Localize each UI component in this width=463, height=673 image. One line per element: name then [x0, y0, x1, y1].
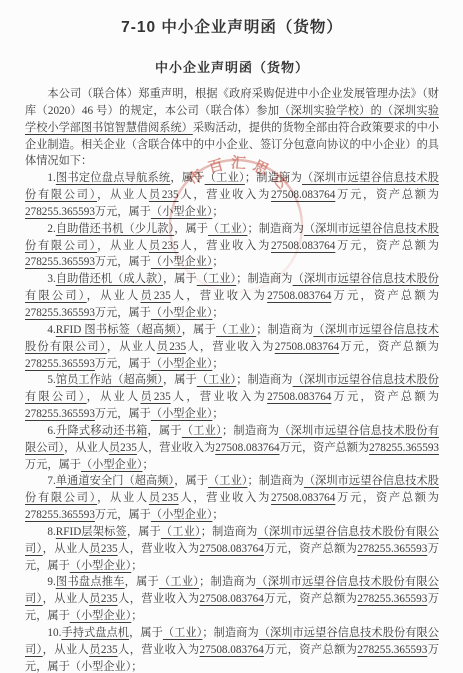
- declaration-item-8: 8.RFID层架标签，属于（工业）；制造商为（深圳市远望谷信息技术股份有限公司）…: [25, 524, 439, 575]
- item-enterprise-size: （小型企业）: [151, 206, 213, 218]
- intro-paragraph: 本公司（联合体）郑重声明，根据《政府采购促进中小企业发展管理办法》（财库（202…: [25, 86, 439, 170]
- item-product-name: 自助借还书机（少儿款）: [56, 223, 174, 235]
- item-employees: 员235: [149, 189, 179, 201]
- item-enterprise-size: （小型企业）: [70, 661, 132, 673]
- item-assets: 278255.365593: [25, 206, 95, 218]
- item-assets: 278255.365593: [357, 644, 427, 656]
- item-employees: 员235: [157, 341, 186, 353]
- item-revenue: 27508.083764: [215, 442, 279, 454]
- item-product-name: 馆员工作站（超高频）: [56, 374, 163, 386]
- item-employees: 员235: [149, 240, 179, 252]
- document-subtitle: 中小企业声明函（货物）: [25, 59, 439, 76]
- item-industry: （工业）: [208, 223, 247, 235]
- item-revenue: 27508.083764: [267, 391, 331, 403]
- item-revenue: 27508.083764: [271, 240, 335, 252]
- declaration-item-3: 3.自助借还机（成人款），属于（工业）；制造商为（深圳市远望谷信息技术股份有限公…: [25, 271, 439, 322]
- item-employees: 员235: [149, 492, 179, 504]
- item-enterprise-size: （小型企业）: [70, 560, 132, 572]
- item-revenue: 27508.083764: [267, 290, 331, 302]
- item-industry: （工业）: [216, 324, 256, 336]
- document-page: 7-10 中小企业声明函（货物） 中小企业声明函（货物） 本公司（联合体）郑重声…: [0, 0, 463, 673]
- item-revenue: 27508.083764: [271, 189, 335, 201]
- item-product-name: 图书定位盘点导航系统: [56, 172, 171, 184]
- item-enterprise-size: （小型企业）: [151, 256, 213, 268]
- intro-blank-field: 的: [371, 105, 382, 117]
- item-industry: （工业）: [205, 172, 245, 184]
- document-title: 7-10 中小企业声明函（货物）: [25, 18, 439, 38]
- item-enterprise-size: （小型企业）: [151, 358, 213, 370]
- item-industry: （工业）: [197, 273, 236, 285]
- item-product-name: 图书盘点推车: [56, 576, 125, 588]
- item-employees: 员235: [140, 391, 170, 403]
- item-assets: 278255.365593: [357, 543, 427, 555]
- item-industry: （工业）: [182, 425, 222, 437]
- item-industry: （工业）: [197, 374, 236, 386]
- item-product-name: 单通道安全门（超高频）: [56, 475, 174, 487]
- item-revenue: 27508.083764: [275, 341, 339, 353]
- item-enterprise-size: （小型企业）: [151, 509, 213, 521]
- item-employees: 员235: [140, 290, 170, 302]
- declaration-item-10: 10.手持式盘点机，属于（工业）；制造商为（深圳市远望谷信息技术股份有限公司），…: [25, 625, 439, 673]
- declaration-item-2: 2.自助借还书机（少儿款），属于（工业）；制造商为（深圳市远望谷信息技术股份有限…: [25, 221, 439, 272]
- item-employees: 员235: [89, 593, 117, 605]
- declaration-item-4: 4.RFID 图书标签（超高频），属于（工业）；制造商为（深圳市远望谷信息技术股…: [25, 322, 439, 373]
- item-revenue: 27508.083764: [200, 543, 264, 555]
- item-employees: 员235: [89, 644, 117, 656]
- item-enterprise-size: （小型企业）: [70, 610, 132, 622]
- item-revenue: 27508.083764: [200, 593, 264, 605]
- declaration-item-9: 9.图书盘点推车，属于（工业）；制造商为（深圳市远望谷信息技术股份有限公司），从…: [25, 574, 439, 625]
- item-employees: 员235: [89, 543, 117, 555]
- declaration-item-6: 6.升降式移动还书箱，属于（工业）；制造商为（深圳市远望谷信息技术股份有限公司）…: [25, 423, 439, 474]
- declaration-item-7: 7.单通道安全门（超高频），属于（工业）；制造商为（深圳市远望谷信息技术股份有限…: [25, 473, 439, 524]
- document-body: 本公司（联合体）郑重声明，根据《政府采购促进中小企业发展管理办法》（财库（202…: [25, 86, 439, 673]
- item-enterprise-size: （小型企业）: [151, 408, 213, 420]
- item-product-name: 自助借还机（成人款）: [56, 273, 163, 285]
- item-assets: 278255.365593: [357, 593, 427, 605]
- item-assets: 278255.365593: [25, 307, 95, 319]
- item-industry: （工业）: [163, 627, 202, 639]
- declaration-item-5: 5.馆员工作站（超高频），属于（工业）；制造商为（深圳市远望谷信息技术股份有限公…: [25, 372, 439, 423]
- item-assets: 278255.365593: [25, 408, 95, 420]
- item-assets: 278255.365593: [25, 256, 95, 268]
- item-industry: （工业）: [159, 576, 199, 588]
- item-revenue: 27508.083764: [200, 644, 264, 656]
- item-assets: 278255.365593: [369, 442, 439, 454]
- intro-blank-field: （深圳实验学校）: [279, 105, 370, 117]
- item-product-name: 升降式移动还书箱: [56, 425, 148, 437]
- declaration-item-1: 1.图书定位盘点导航系统，属于（工业）；制造商为（深圳市远望谷信息技术股份有限公…: [25, 170, 439, 221]
- item-revenue: 27508.083764: [271, 492, 335, 504]
- item-enterprise-size: （小型企业）: [81, 459, 143, 471]
- item-product-name: RFID 图书标签（超高频）: [56, 324, 182, 336]
- item-industry: （工业）: [208, 475, 247, 487]
- item-product-name: 手持式盘点机: [61, 627, 129, 639]
- item-product-name: RFID层架标签: [56, 526, 127, 538]
- item-employees: 员235: [109, 442, 137, 454]
- item-assets: 278255.365593: [25, 509, 95, 521]
- declaration-items-list: 1.图书定位盘点导航系统，属于（工业）；制造商为（深圳市远望谷信息技术股份有限公…: [25, 170, 439, 673]
- item-industry: （工业）: [161, 526, 201, 538]
- item-assets: 278255.365593: [25, 358, 95, 370]
- item-enterprise-size: （小型企业）: [151, 307, 213, 319]
